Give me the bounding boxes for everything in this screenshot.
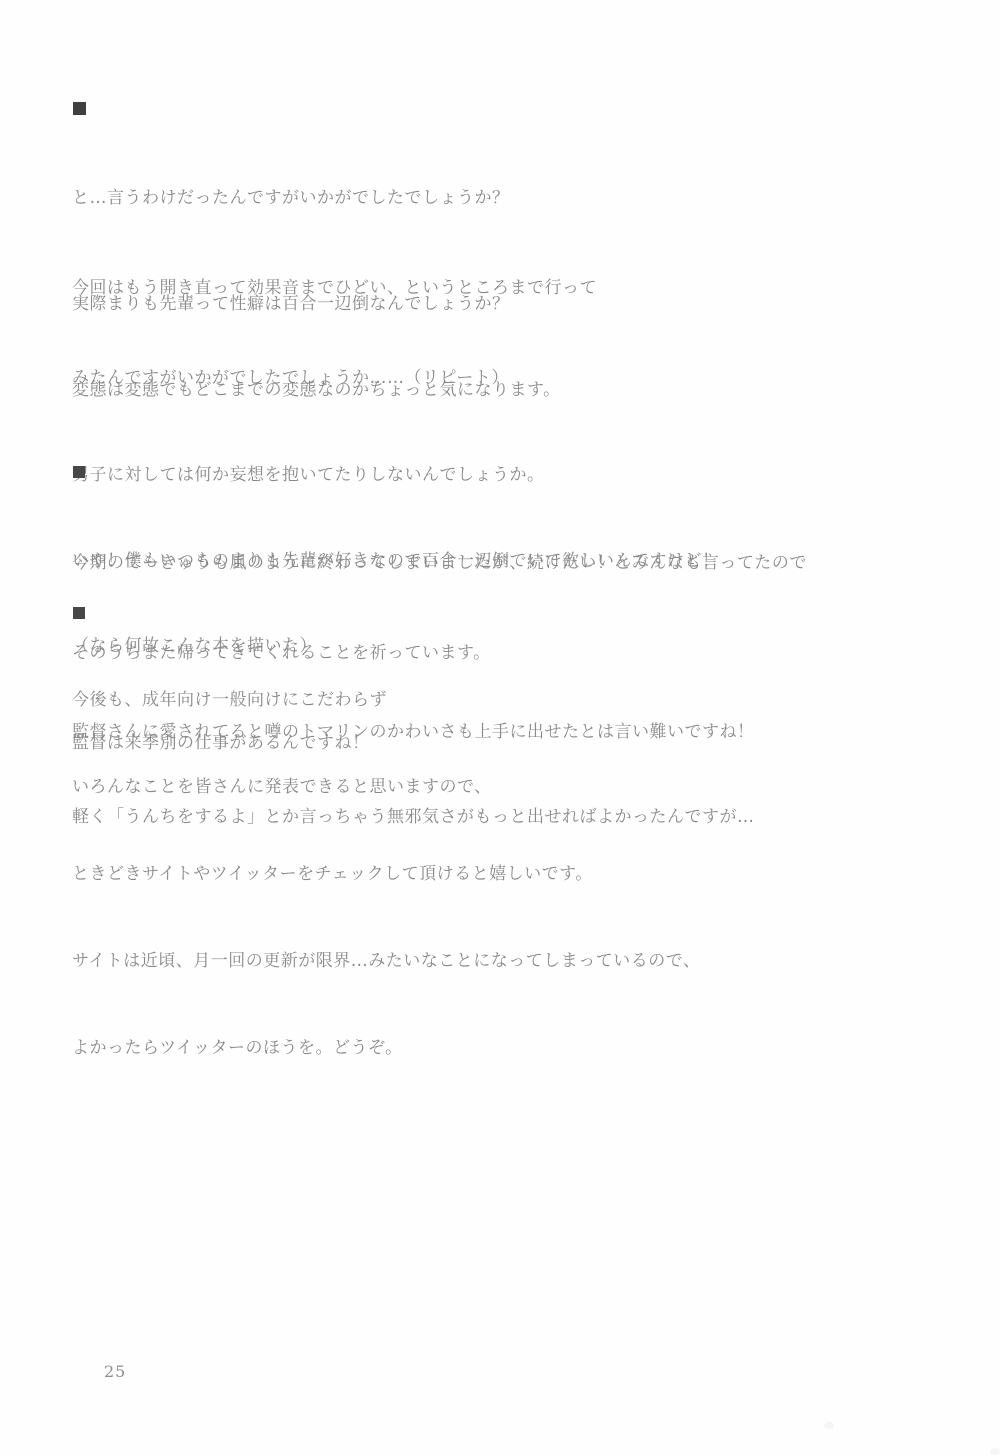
scanned-afterword-page: と…言うわけだったんですがいかがでしたでしょうか？ 今回はもう開き直って効果音ま… bbox=[0, 0, 1000, 1456]
section-square-marker-icon bbox=[73, 102, 86, 115]
text-line: ときどきサイトやツイッターをチェックして頂けると嬉しいです。 bbox=[72, 860, 700, 889]
text-line: 実際まりも先輩って性癖は百合一辺倒なんでしょうか？ bbox=[72, 290, 755, 319]
scan-artifact bbox=[824, 1422, 834, 1429]
text-line: いろんなことを皆さんに発表できると思いますので、 bbox=[72, 773, 700, 802]
text-line: サイトは近頃、月一回の更新が限界…みたいなことになってしまっているので、 bbox=[72, 947, 700, 976]
scan-artifact bbox=[990, 1448, 1000, 1455]
text-line: 変態は変態でもどこまでの変態なのかちょっと気になります。 bbox=[72, 376, 755, 405]
section-square-marker-icon bbox=[73, 466, 85, 478]
text-line: よかったらツイッターのほうを。どうぞ。 bbox=[72, 1034, 700, 1063]
text-line: 今期のてーきゅうも風のように終わってしまいましたが、続けたい！とみんなも言ってた… bbox=[72, 548, 807, 578]
text-line: 男子に対しては何か妄想を抱いてたりしないんでしょうか。 bbox=[72, 461, 755, 490]
section-square-marker-icon bbox=[73, 607, 85, 619]
afterword-paragraph-4: 今後も、成年向け一般向けにこだわらず いろんなことを皆さんに発表できると思います… bbox=[72, 628, 700, 1121]
text-line: 今後も、成年向け一般向けにこだわらず bbox=[72, 686, 700, 715]
page-number: 25 bbox=[104, 1362, 126, 1381]
text-line: と…言うわけだったんですがいかがでしたでしょうか？ bbox=[72, 183, 597, 213]
